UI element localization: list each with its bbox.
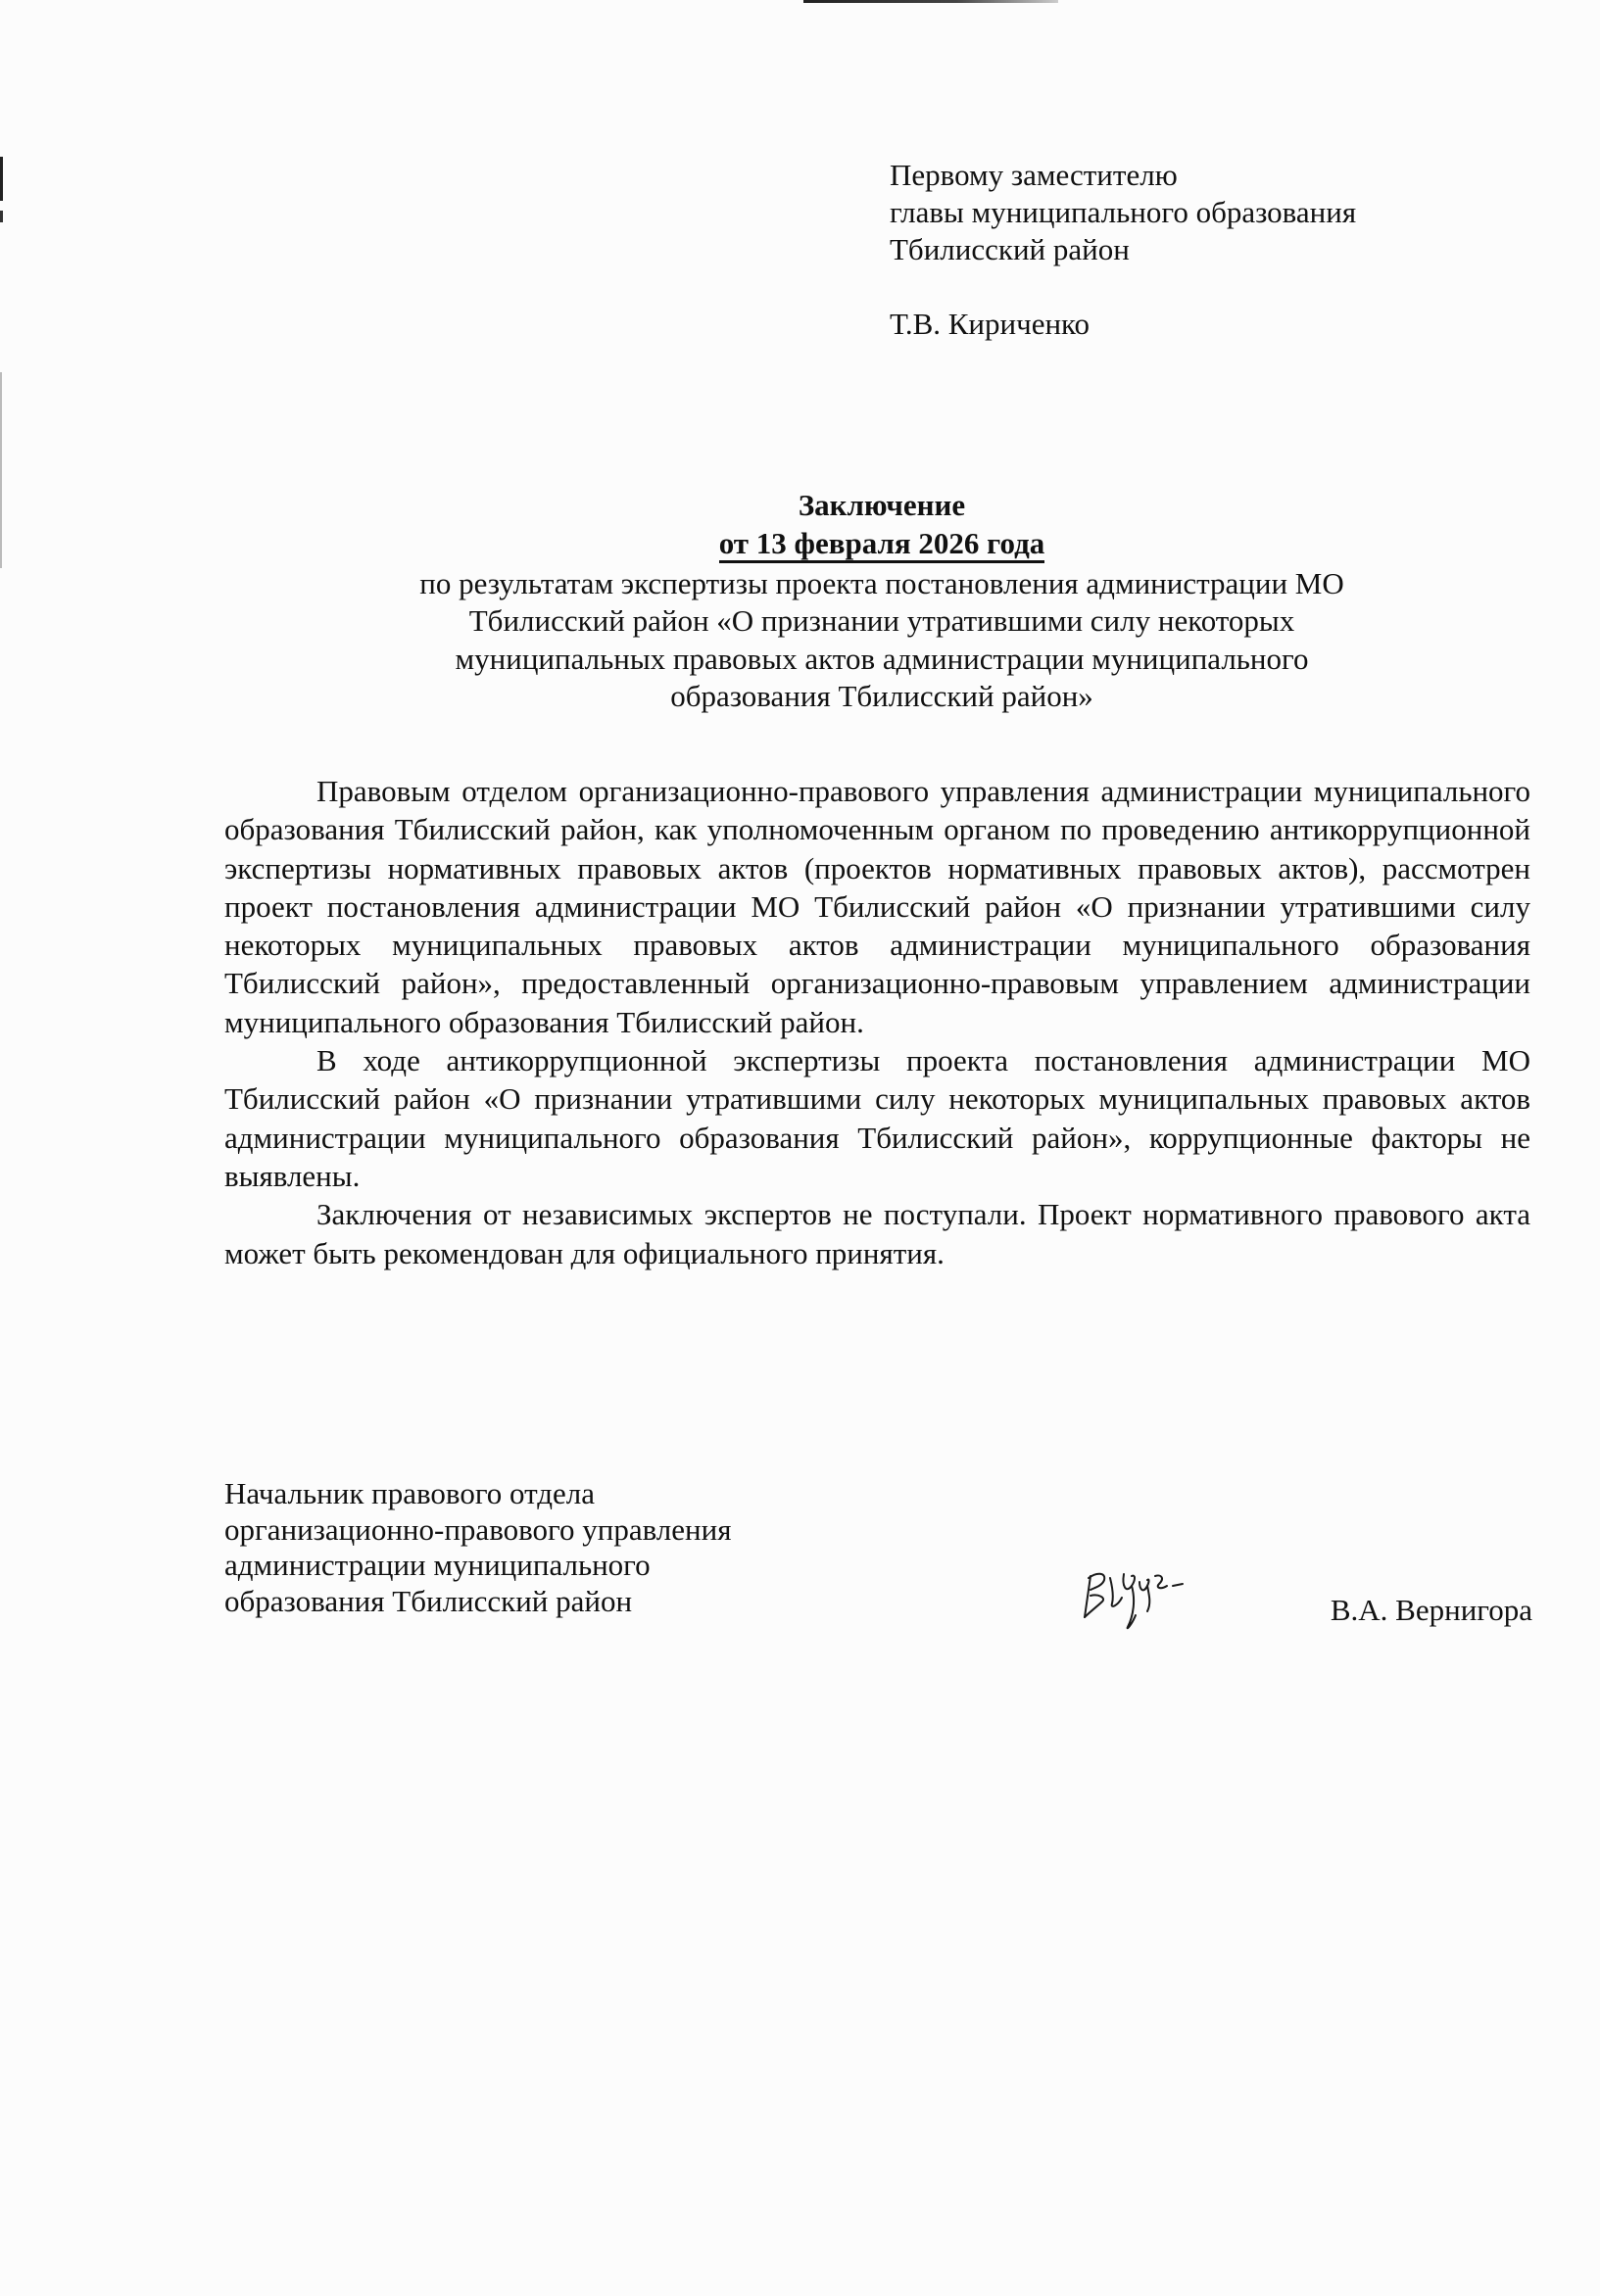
handwritten-signature-icon	[1077, 1556, 1214, 1635]
document-subject-line: муниципальных правовых актов администрац…	[235, 641, 1528, 679]
body-paragraph: Заключения от независимых экспертов не п…	[224, 1195, 1530, 1272]
body-paragraph: Правовым отделом организационно-правовог…	[224, 772, 1530, 1041]
document-subject-line: образования Тбилисский район»	[235, 678, 1528, 716]
signer-position-line: Начальник правового отдела	[224, 1476, 1530, 1512]
addressee-name: Т.В. Кириченко	[890, 306, 1356, 343]
document-header: Заключение от 13 февраля 2026 года по ре…	[235, 487, 1528, 716]
document-date: от 13 февраля 2026 года	[719, 527, 1045, 563]
scan-artifact-top	[803, 0, 1058, 3]
signature-block: Начальник правового отдела организационн…	[224, 1476, 1530, 1619]
signer-position-line: администрации муниципального	[224, 1548, 1530, 1584]
document-subject-line: по результатам экспертизы проекта постан…	[235, 565, 1528, 603]
addressee-line: Тбилисский район	[890, 231, 1356, 268]
body-paragraph: В ходе антикоррупционной экспертизы прое…	[224, 1041, 1530, 1195]
signer-name: В.А. Вернигора	[1331, 1593, 1532, 1629]
document-title: Заключение	[235, 487, 1528, 525]
document-body: Правовым отделом организационно-правовог…	[224, 772, 1530, 1272]
addressee-block: Первому заместителю главы муниципального…	[890, 157, 1356, 343]
scan-artifact-left	[0, 372, 2, 568]
document-subject-line: Тбилисский район «О признании утратившим…	[235, 602, 1528, 641]
signer-position-line: организационно-правового управления	[224, 1512, 1530, 1549]
addressee-line: главы муниципального образования	[890, 194, 1356, 231]
scan-artifact-left	[0, 211, 3, 222]
scan-artifact-left	[0, 157, 3, 201]
addressee-line: Первому заместителю	[890, 157, 1356, 194]
document-page: Первому заместителю главы муниципального…	[0, 0, 1600, 2296]
